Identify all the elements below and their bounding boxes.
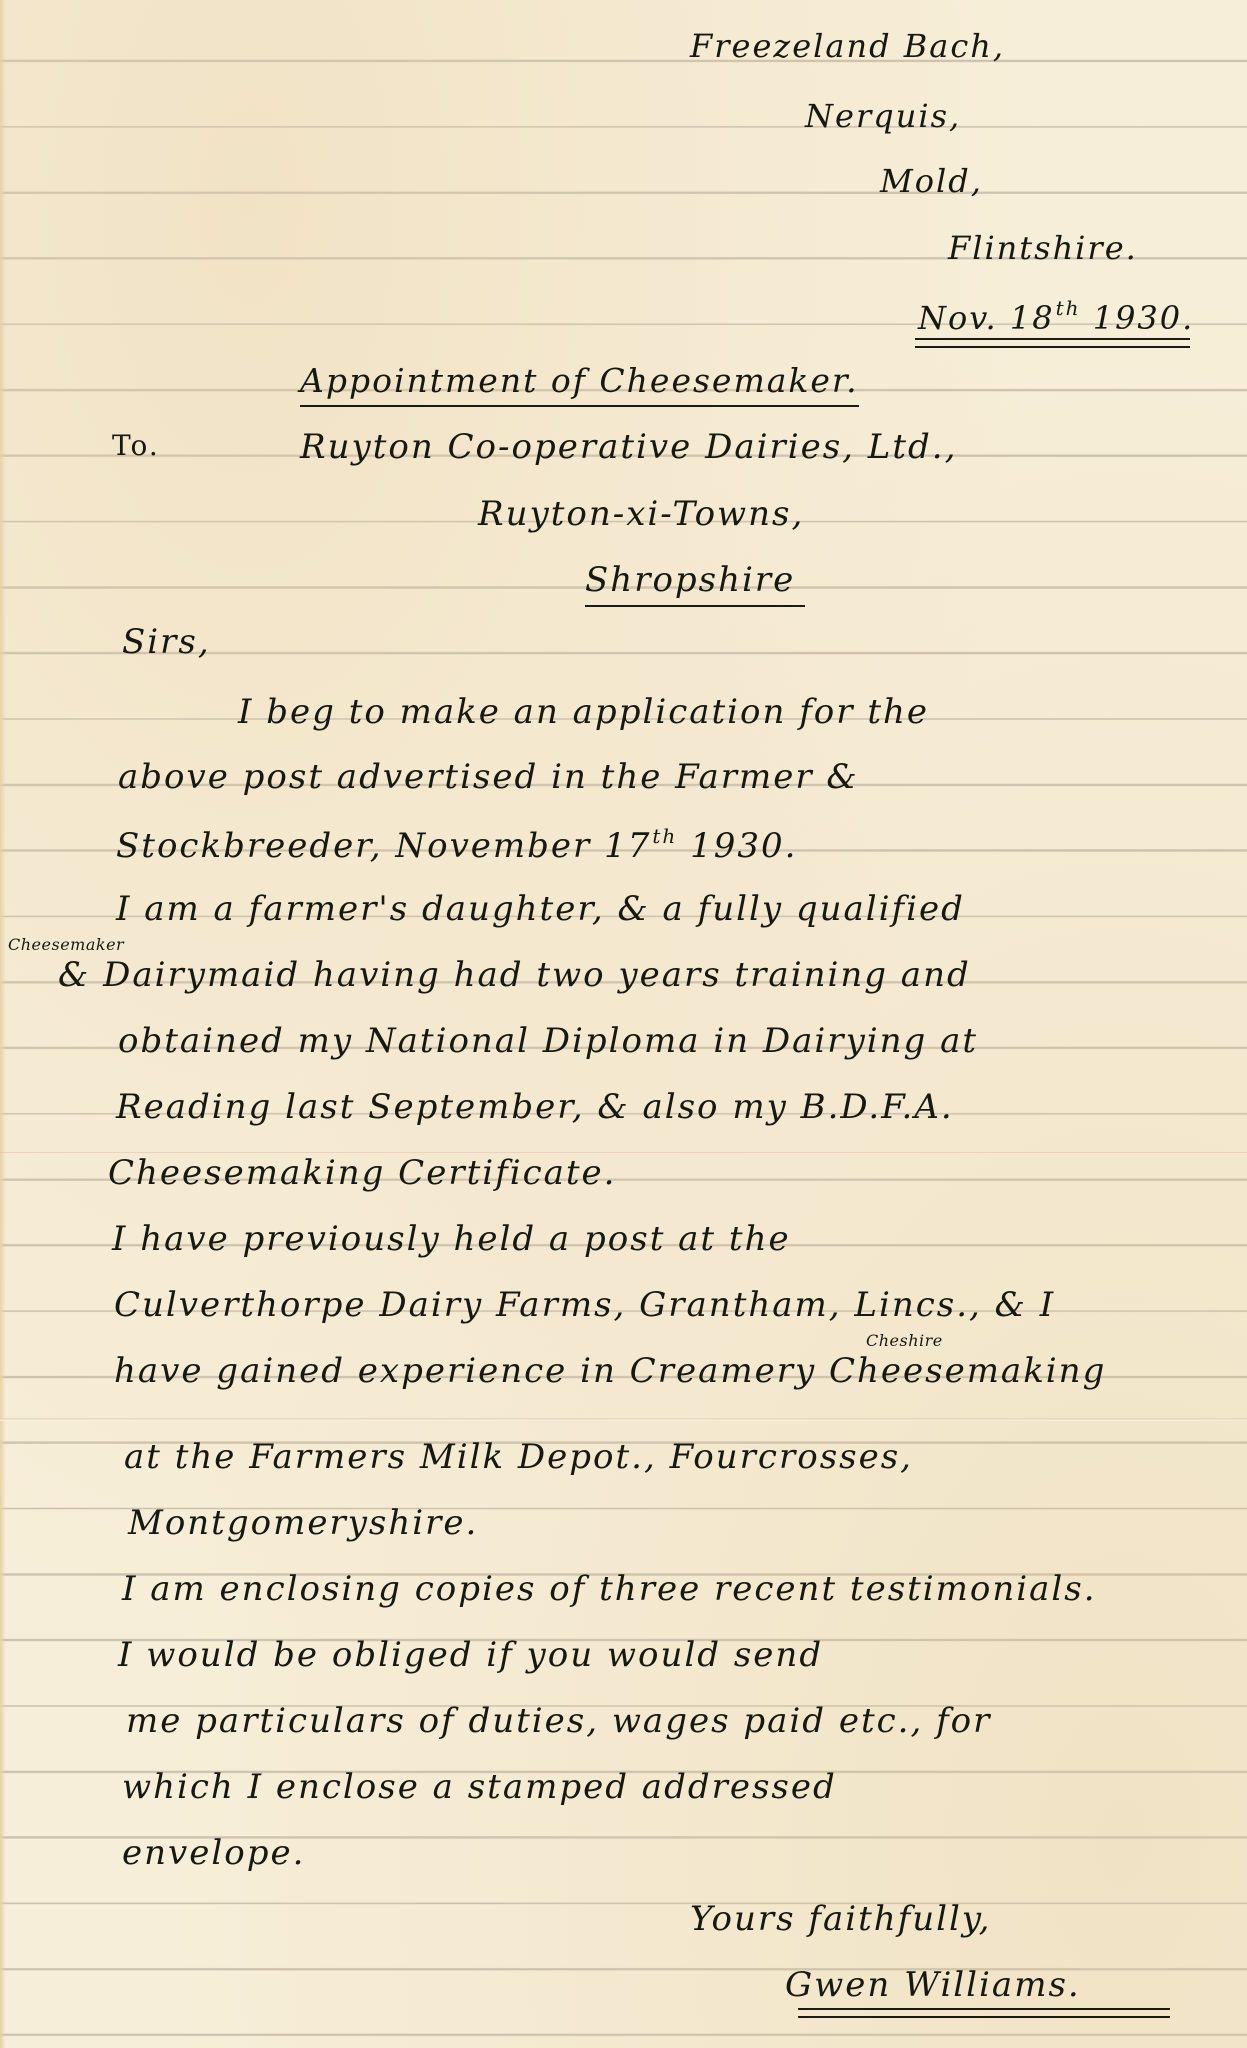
body-line-4: I am a farmer's daughter, & a fully qual… bbox=[116, 892, 965, 926]
signature: Gwen Williams. bbox=[785, 1968, 1081, 2002]
salutation: Sirs, bbox=[122, 625, 211, 659]
sender-address-line-3: Mold, bbox=[880, 165, 983, 197]
date-year: 1930. bbox=[1093, 299, 1195, 337]
body-line-17: which I enclose a stamped addressed bbox=[122, 1770, 837, 1804]
body-line-3: Stockbreeder, November 17th 1930. bbox=[116, 826, 797, 863]
letter-subject: Appointment of Cheesemaker. bbox=[300, 364, 859, 407]
body-line-16: me particulars of duties, wages paid etc… bbox=[126, 1704, 991, 1738]
sender-address-line-4: Flintshire. bbox=[948, 232, 1138, 264]
date-underline bbox=[915, 338, 1190, 348]
body-line-2: above post advertised in the Farmer & bbox=[118, 760, 859, 794]
advert-ordinal: th bbox=[652, 824, 677, 848]
sender-address-line-2: Nerquis, bbox=[805, 100, 961, 132]
insertion-cheshire: Cheshire bbox=[866, 1333, 943, 1349]
insertion-cheesemaker: Cheesemaker bbox=[8, 937, 124, 953]
body-line-11: have gained experience in Creamery Chees… bbox=[114, 1354, 1106, 1388]
advert-reference: Stockbreeder, November 17 bbox=[116, 826, 651, 866]
body-line-15: I would be obliged if you would send bbox=[118, 1638, 823, 1672]
body-line-5: & Dairymaid having had two years trainin… bbox=[58, 958, 971, 992]
body-line-8: Cheesemaking Certificate. bbox=[108, 1156, 616, 1190]
date-month-day: Nov. 18 bbox=[918, 299, 1055, 337]
body-line-1: I beg to make an application for the bbox=[238, 695, 929, 729]
letter-page: Freezeland Bach, Nerquis, Mold, Flintshi… bbox=[0, 0, 1247, 2048]
date-ordinal: th bbox=[1056, 296, 1081, 320]
body-line-18: envelope. bbox=[122, 1836, 305, 1870]
body-line-13: Montgomeryshire. bbox=[128, 1506, 478, 1540]
scan-seam bbox=[0, 1418, 1247, 1421]
paper-edge bbox=[0, 0, 6, 2048]
body-line-6: obtained my National Diploma in Dairying… bbox=[118, 1024, 978, 1058]
body-line-12: at the Farmers Milk Depot., Fourcrosses, bbox=[124, 1440, 913, 1474]
letter-date: Nov. 18th 1930. bbox=[918, 298, 1194, 334]
body-line-10: Culverthorpe Dairy Farms, Grantham, Linc… bbox=[114, 1288, 1055, 1322]
closing: Yours faithfully, bbox=[690, 1902, 991, 1936]
signature-underline bbox=[798, 2008, 1170, 2018]
advert-year: 1930. bbox=[690, 826, 797, 866]
sender-address-line-1: Freezeland Bach, bbox=[690, 30, 1005, 62]
body-line-9: I have previously held a post at the bbox=[112, 1222, 791, 1256]
body-line-14: I am enclosing copies of three recent te… bbox=[122, 1572, 1097, 1606]
body-line-7: Reading last September, & also my B.D.F.… bbox=[116, 1090, 954, 1124]
recipient-line-3: Shropshire bbox=[585, 563, 805, 607]
recipient-to-label: To. bbox=[112, 432, 160, 460]
recipient-line-1: Ruyton Co-operative Dairies, Ltd., bbox=[300, 430, 957, 464]
recipient-line-2: Ruyton-xi-Towns, bbox=[478, 497, 804, 531]
